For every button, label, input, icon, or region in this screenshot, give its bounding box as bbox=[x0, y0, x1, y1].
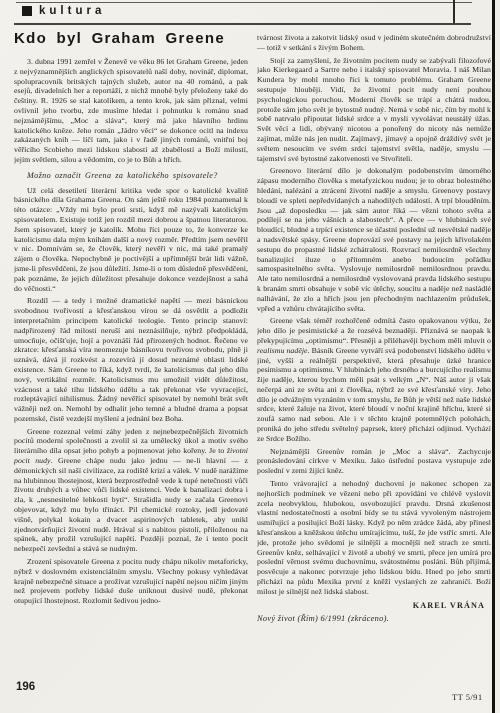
paragraph-text: Greene však téměř rozhořčeně odmítá čast… bbox=[257, 316, 491, 345]
page-number: 196 bbox=[16, 681, 35, 693]
right-text-column: tvárnost života a zakotvit lidský osud v… bbox=[257, 33, 491, 695]
article-paragraph: Rozdíl — a tedy i možné dramatické napět… bbox=[14, 296, 248, 423]
left-text-column: 3. dubna 1991 zemřel v Ženevě ve věku 86… bbox=[14, 57, 248, 677]
header-rule bbox=[14, 23, 471, 25]
source-note: Nový život (Řím) 6/1991 (zkráceno). bbox=[257, 614, 491, 624]
paragraph-text: . Básník Greene vytváří svá podobenství … bbox=[257, 346, 491, 443]
article-subheading: Možno označit Greena za katolického spis… bbox=[14, 171, 248, 181]
top-rule bbox=[16, 2, 472, 3]
paragraph-text: Greene rozeznal velmi záhy jeden z nejne… bbox=[14, 427, 248, 456]
scan-edge-line bbox=[492, 0, 495, 713]
section-marker-icon bbox=[22, 6, 32, 16]
paragraph-text: . Greene chápe nudu jako jednu — ne-li h… bbox=[14, 456, 248, 553]
article-paragraph: Stojí za zamyšlení, že životním pocitem … bbox=[257, 56, 491, 164]
article-paragraph: tvárnost života a zakotvit lidský osud v… bbox=[257, 33, 491, 53]
article-paragraph: Greene rozeznal velmi záhy jeden z nejne… bbox=[14, 427, 248, 554]
paragraph-emphasis: realismu naděje bbox=[257, 346, 308, 355]
article-paragraph: Greenovo literární dílo je dokonalým pod… bbox=[257, 166, 491, 313]
scanned-magazine-page: kultura Kdo byl Graham Greene 3. dubna 1… bbox=[0, 0, 500, 713]
section-header: kultura bbox=[22, 5, 105, 17]
article-paragraph: 3. dubna 1991 zemřel v Ženevě ve věku 86… bbox=[14, 57, 248, 165]
article-paragraph: Greene však téměř rozhořčeně odmítá čast… bbox=[257, 316, 491, 443]
article-paragraph: Tento vrávorající a nehodný duchovní je … bbox=[257, 479, 491, 597]
corner-tick-mark bbox=[453, 0, 455, 23]
article-paragraph: Nejznámější Greenův román je „Moc a sláv… bbox=[257, 447, 491, 476]
section-label: kultura bbox=[39, 5, 105, 17]
article-title: Kdo byl Graham Greene bbox=[14, 30, 225, 47]
issue-reference: TT 5/91 bbox=[452, 692, 483, 702]
article-paragraph: Zrození spisovatele Greena z pocitu nudy… bbox=[14, 557, 248, 606]
article-paragraph: Už celá desetiletí literární kritika ved… bbox=[14, 186, 248, 294]
author-byline: KAREL VRÁNA bbox=[257, 601, 485, 611]
